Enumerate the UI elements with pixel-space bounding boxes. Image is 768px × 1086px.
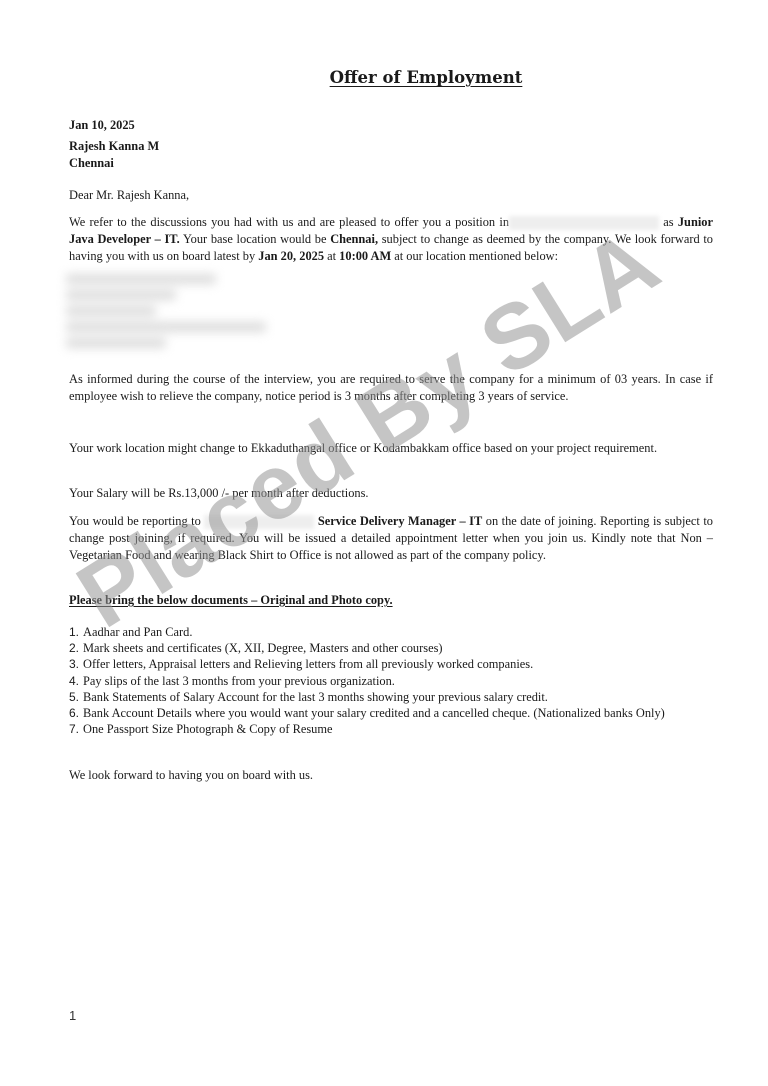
list-item-text: Pay slips of the last 3 months from your… [83, 674, 395, 688]
letter-date: Jan 10, 2025 [69, 117, 699, 134]
page-number: 1 [69, 1008, 76, 1023]
list-item-number: 5. [69, 689, 79, 705]
document-list-item: 1.Aadhar and Pan Card. [69, 624, 709, 640]
list-item-text: Bank Statements of Salary Account for th… [83, 690, 548, 704]
document-list-item: 5.Bank Statements of Salary Account for … [69, 689, 709, 705]
document-title: Offer of Employment [0, 68, 768, 87]
list-item-number: 4. [69, 673, 79, 689]
paragraph-work-location: Your work location might change to Ekkad… [69, 440, 713, 457]
list-item-text: Bank Account Details where you would wan… [83, 706, 665, 720]
list-item-number: 3. [69, 656, 79, 672]
manager-title: Service Delivery Manager – IT [318, 514, 482, 528]
list-item-text: Offer letters, Appraisal letters and Rel… [83, 657, 533, 671]
document-list-item: 6.Bank Account Details where you would w… [69, 705, 709, 721]
list-item-number: 2. [69, 640, 79, 656]
document-list-item: 7.One Passport Size Photograph & Copy of… [69, 721, 709, 737]
joining-time: 10:00 AM [339, 249, 391, 263]
paragraph-service-term: As informed during the course of the int… [69, 371, 713, 405]
list-item-number: 1. [69, 624, 79, 640]
list-item-number: 7. [69, 721, 79, 737]
list-item-text: Aadhar and Pan Card. [83, 625, 192, 639]
recipient-city: Chennai [69, 155, 699, 172]
document-page: Offer of Employment Jan 10, 2025 Rajesh … [0, 0, 768, 1086]
document-list-item: 4.Pay slips of the last 3 months from yo… [69, 673, 709, 689]
list-item-number: 6. [69, 705, 79, 721]
paragraph-reporting: You would be reporting to Service Delive… [69, 513, 713, 564]
documents-heading: Please bring the below documents – Origi… [69, 592, 699, 609]
closing-line: We look forward to having you on board w… [69, 767, 699, 784]
redacted-manager-name [204, 515, 314, 529]
redacted-company-name [509, 216, 659, 230]
list-item-text: One Passport Size Photograph & Copy of R… [83, 722, 333, 736]
paragraph-salary: Your Salary will be Rs.13,000 /- per mon… [69, 485, 699, 502]
list-item-text: Mark sheets and certificates (X, XII, De… [83, 641, 443, 655]
recipient-name: Rajesh Kanna M [69, 138, 699, 155]
redacted-office-address [66, 268, 276, 358]
document-list-item: 2.Mark sheets and certificates (X, XII, … [69, 640, 709, 656]
base-location: Chennai, [330, 232, 378, 246]
documents-list: 1.Aadhar and Pan Card.2.Mark sheets and … [69, 624, 709, 737]
paragraph-offer: We refer to the discussions you had with… [69, 214, 713, 265]
document-list-item: 3.Offer letters, Appraisal letters and R… [69, 656, 709, 672]
joining-date: Jan 20, 2025 [258, 249, 324, 263]
salutation: Dear Mr. Rajesh Kanna, [69, 187, 699, 204]
